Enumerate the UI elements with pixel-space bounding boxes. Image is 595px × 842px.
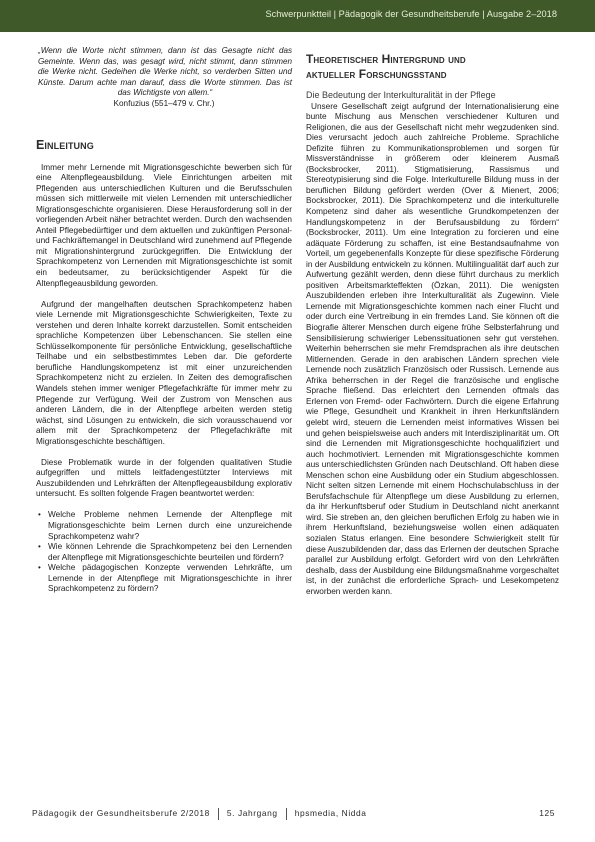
list-item: • Welche pädagogischen Konzepte verwende… — [48, 563, 292, 595]
list-item: • Wie können Lehrende die Sprachkompeten… — [48, 542, 292, 563]
running-head: Schwerpunktteil | Pädagogik der Gesundhe… — [265, 9, 557, 19]
bullet-icon: • — [38, 563, 41, 574]
footer-divider — [218, 808, 219, 820]
paragraph: Immer mehr Lernende mit Migrationsgeschi… — [36, 163, 292, 290]
section-heading-line: aktueller Forschungsstand — [306, 67, 447, 81]
question-text: Wie können Lehrende die Sprachkompetenz … — [48, 542, 292, 562]
list-item: • Welche Probleme nehmen Lernende der Al… — [48, 510, 292, 542]
question-text: Welche pädagogischen Konzepte verwenden … — [48, 563, 292, 593]
footer-divider — [286, 808, 287, 820]
question-text: Welche Probleme nehmen Lernende der Alte… — [48, 510, 292, 540]
epigraph-quote: „Wenn die Worte nicht stimmen, dann ist … — [38, 46, 292, 99]
research-questions-list: • Welche Probleme nehmen Lernende der Al… — [36, 510, 292, 594]
paragraph: Unsere Gesellschaft zeigt aufgrund der I… — [306, 102, 559, 598]
header-bar: Schwerpunktteil | Pädagogik der Gesundhe… — [0, 0, 595, 32]
right-column: Theoretischer Hintergrund und aktueller … — [306, 52, 559, 597]
epigraph-author: Konfuzius (551–479 v. Chr.) — [36, 99, 292, 110]
paragraph: Diese Problematik wurde in der folgenden… — [36, 458, 292, 500]
page-number: 125 — [539, 808, 555, 818]
left-column: „Wenn die Worte nicht stimmen, dann ist … — [36, 46, 292, 595]
bullet-icon: • — [38, 542, 41, 553]
page-footer: Pädagogik der Gesundheitsberufe 2/20185.… — [32, 808, 555, 820]
subheading: Die Bedeutung der Interkulturalität in d… — [306, 90, 559, 101]
section-heading-line: Theoretischer Hintergrund und — [306, 52, 466, 66]
section-heading-theory: Theoretischer Hintergrund und aktueller … — [306, 52, 559, 82]
footer-journal: Pädagogik der Gesundheitsberufe 2/2018 — [32, 808, 210, 818]
footer-publisher: hpsmedia, Nidda — [295, 808, 367, 818]
section-heading-einleitung: Einleitung — [36, 138, 292, 153]
footer-volume: 5. Jahrgang — [227, 808, 278, 818]
paragraph: Aufgrund der mangelhaften deutschen Spra… — [36, 300, 292, 448]
bullet-icon: • — [38, 510, 41, 521]
